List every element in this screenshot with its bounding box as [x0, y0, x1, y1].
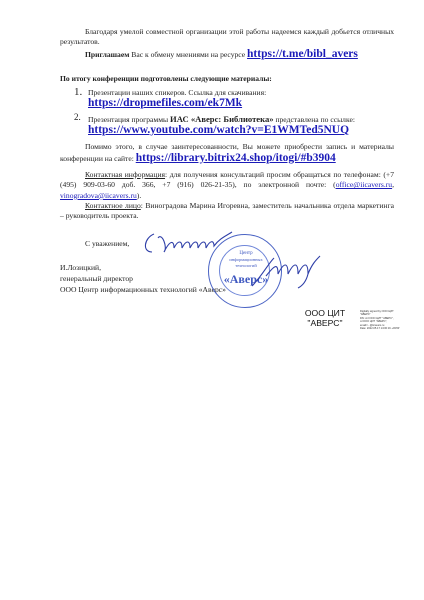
invite-text: Вас к обмену мнениями на ресурсе [129, 50, 247, 59]
email-vinogradova-link[interactable]: vinogradova@iicavers.ru [60, 191, 137, 200]
list-number-2: 2. [74, 112, 81, 122]
signature-scribble-1-icon [140, 228, 240, 258]
sig-detail-line: Date: 2022.05.17 14:00:16 +03'00' [360, 327, 422, 330]
list-item-2-link-row: https://www.youtube.com/watch?v=E1WMTed5… [88, 125, 349, 136]
signature-scribble-2-icon [248, 252, 323, 292]
email-office-link[interactable]: office@iicavers.ru [336, 180, 392, 189]
list-number-1: 1. [74, 86, 82, 98]
materials-heading: По итогу конференции подготовлены следую… [60, 74, 400, 84]
digital-signature-org-line2: "АВЕРС" [290, 319, 360, 329]
list-item-1-link-row: https://dropmefiles.com/ek7Mk [88, 98, 242, 109]
bitrix-link[interactable]: https://library.bitrix24.shop/itogi/#b39… [136, 152, 336, 164]
digital-signature-org: ООО ЦИТ "АВЕРС" [290, 309, 360, 328]
dropmefiles-link[interactable]: https://dropmefiles.com/ek7Mk [88, 97, 242, 109]
contact-person-label: Контактное лицо [85, 201, 141, 210]
youtube-link[interactable]: https://www.youtube.com/watch?v=E1WMTed5… [88, 124, 349, 136]
purchase-paragraph: Помимо этого, в случае заинтересованност… [60, 141, 394, 164]
item2-bold: ИАС «Аверс: Библиотека» [170, 114, 274, 124]
closing-text: С уважением, [85, 239, 129, 249]
email-separator: , [392, 180, 394, 189]
signatory-name: И.Лозицкий, [60, 263, 101, 273]
invite-bold: Приглашаем [85, 50, 129, 59]
document-page: Благодаря умелой совместной организации … [0, 0, 424, 600]
telegram-link[interactable]: https://t.me/bibl_avers [247, 48, 358, 60]
contact-info-paragraph: Контактная информация: для получения кон… [60, 170, 394, 201]
item2-text-after: представлена по ссылке: [274, 115, 355, 124]
contact-info-end: ). [137, 191, 141, 200]
signatory-org: ООО Центр информационных технологий «Аве… [60, 285, 226, 295]
contact-info-label: Контактная информация [85, 170, 165, 179]
digital-signature-details: Digitally signed by ООО ЦИТ "АВЕРС" DN: … [360, 310, 422, 330]
item2-text-before: Презентация программы [88, 115, 170, 124]
invite-paragraph: Приглашаем Вас к обмену мнениями на ресу… [85, 49, 405, 60]
intro-paragraph: Благодаря умелой совместной организации … [60, 27, 394, 48]
contact-person-paragraph: Контактное лицо: Виноградова Марина Игор… [60, 201, 394, 222]
signatory-title: генеральный директор [60, 274, 133, 284]
